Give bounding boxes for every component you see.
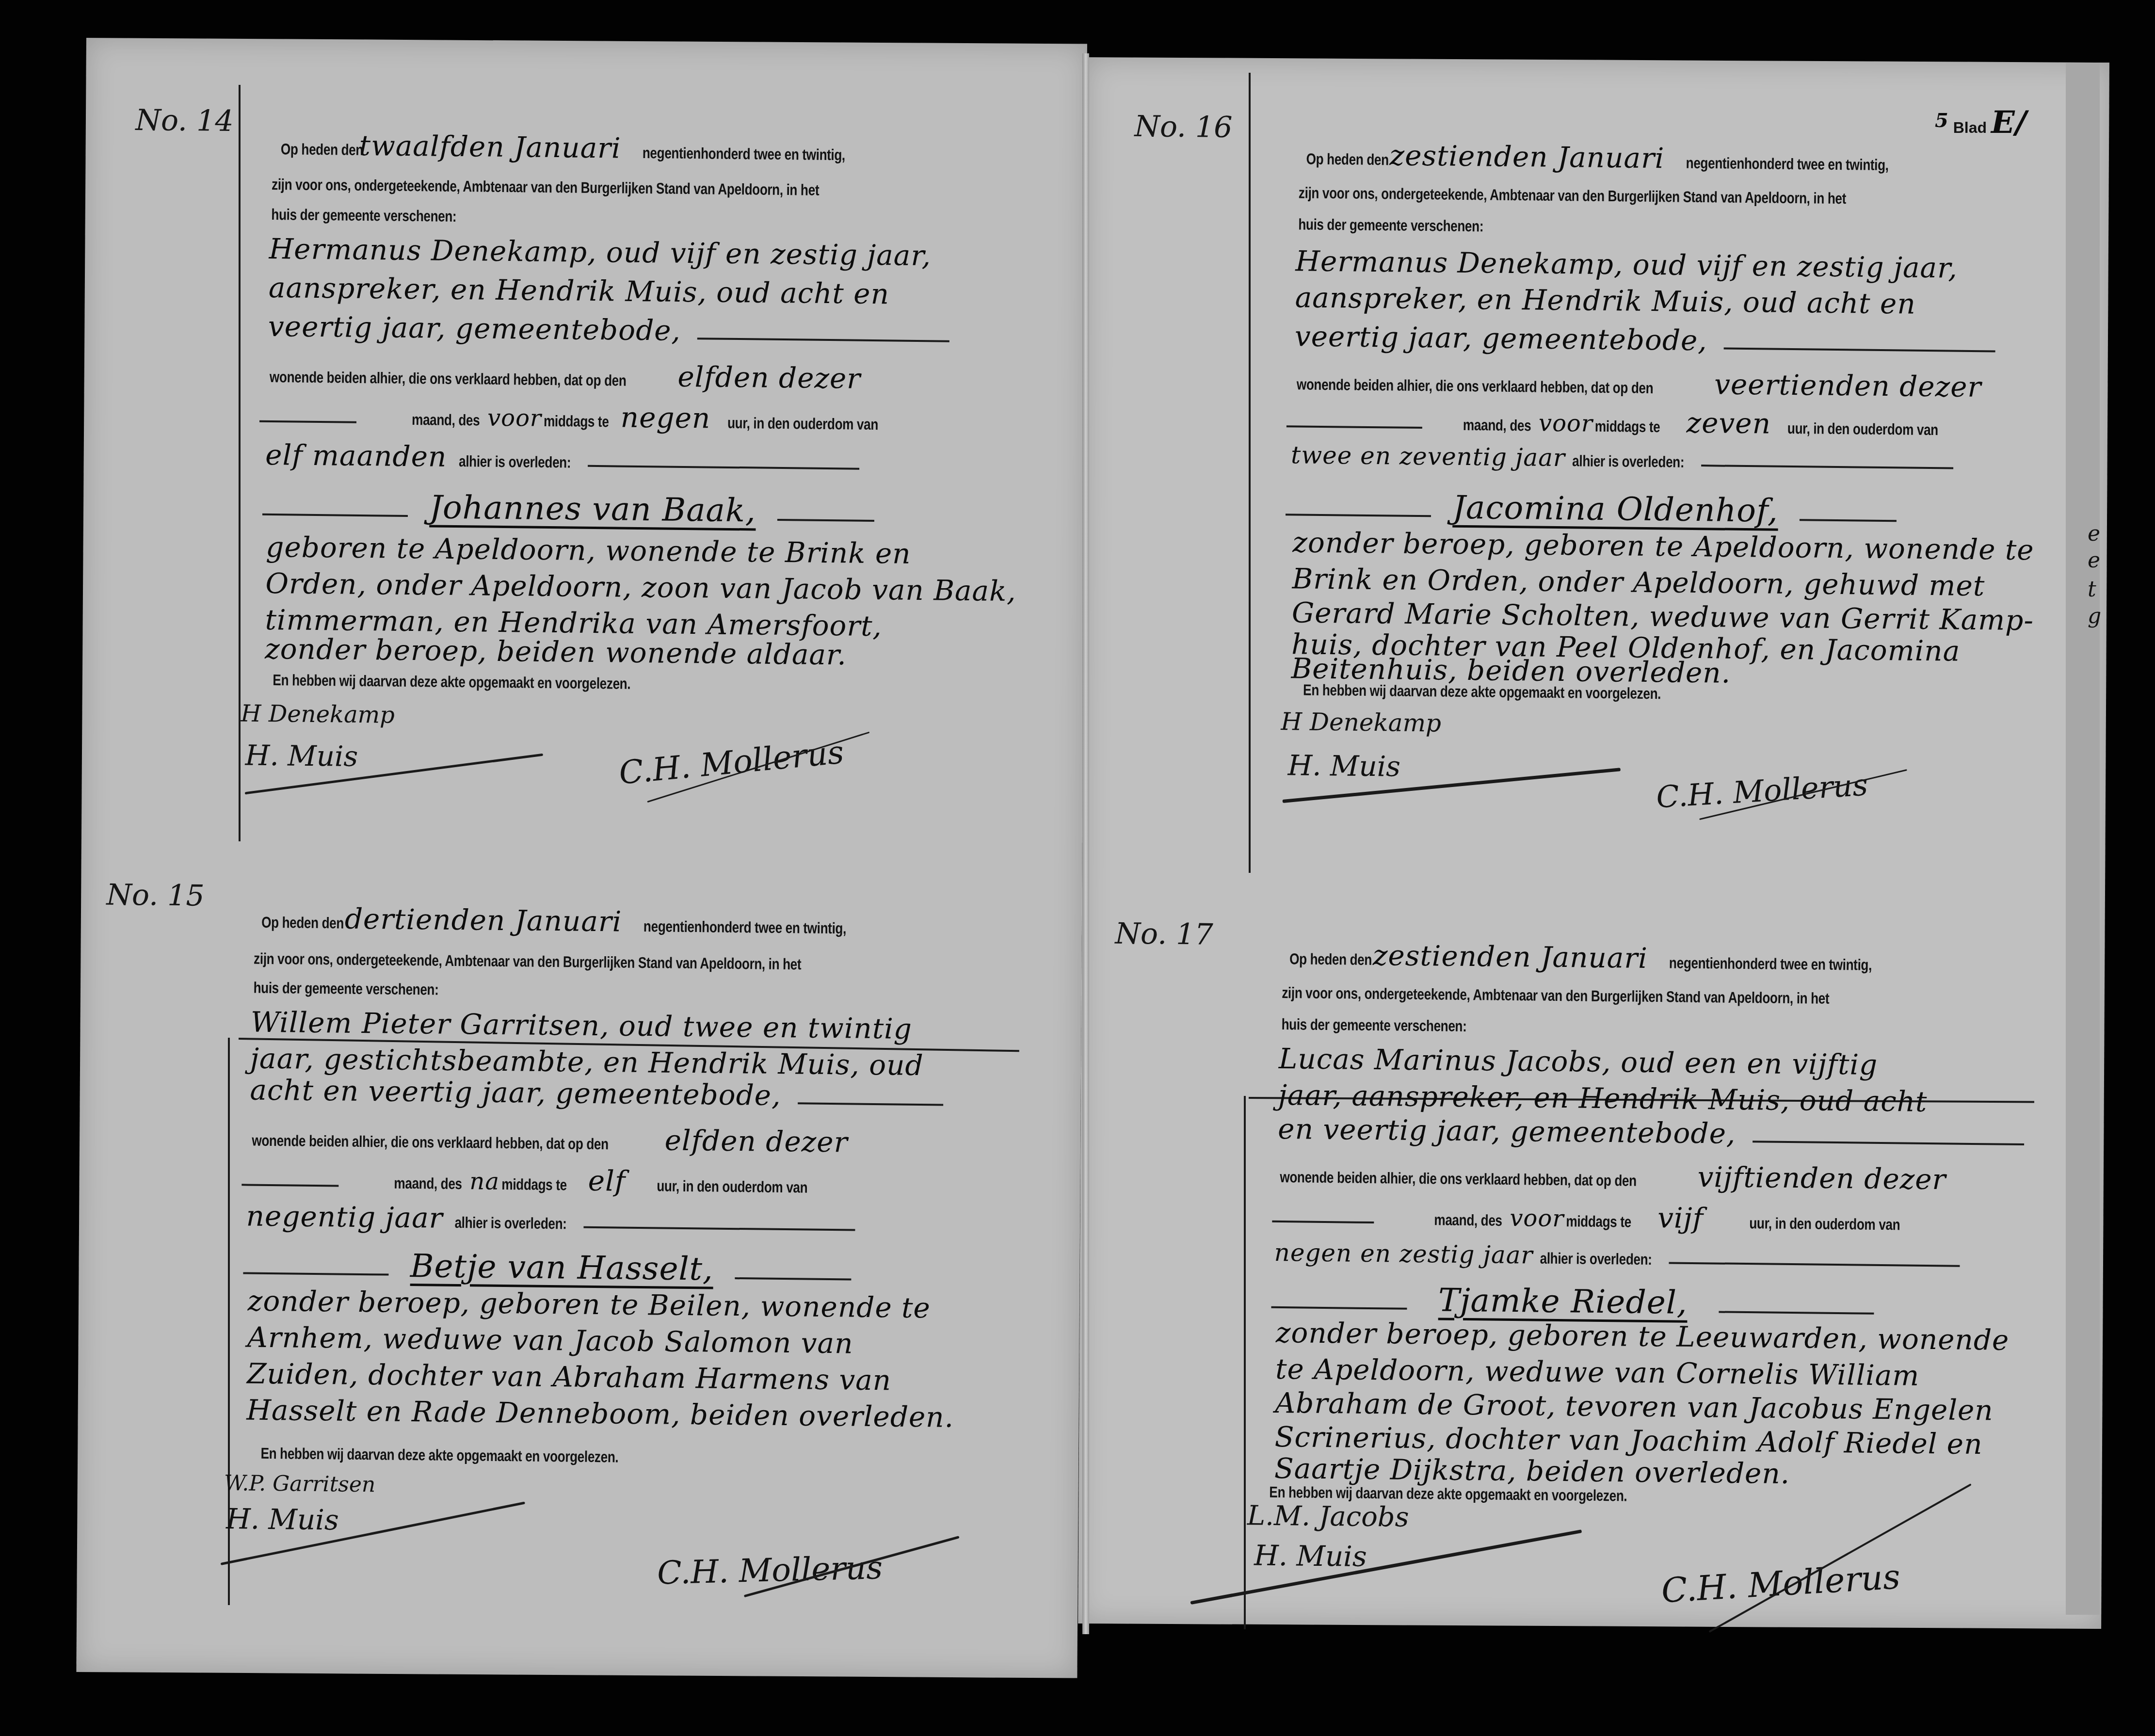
record-14: No. 14 Op heden den twaalfden Januari ne… <box>80 97 1057 835</box>
handwritten-witness-line: aanspreker, en Hendrik Muis, oud acht en <box>269 271 890 310</box>
printed-text: uur, in den ouderdom van <box>1787 419 1938 439</box>
handwritten-death-day: elfden dezer <box>664 1124 848 1159</box>
signature-witness-1: L.M. Jacobs <box>1247 1500 1409 1533</box>
handwritten-witness-line: jaar, aanspreker, en Hendrik Muis, oud a… <box>1278 1078 1928 1118</box>
form-line-age: twee en zeventig jaar alhier is overlede… <box>1291 441 1954 476</box>
handwritten-detail-line: te Apeldoorn, weduwe van Cornelis Willia… <box>1275 1352 1920 1392</box>
page-edge-strip <box>2066 63 2100 1615</box>
form-line-wonende: wonende beiden alhier, die ons verklaard… <box>1280 1156 1946 1196</box>
form-line-2: zijn voor ons, ondergeteekende, Ambtenaa… <box>1282 984 1949 1009</box>
form-line-maand: maand, des voor middags te negen uur, in… <box>259 397 911 437</box>
printed-text: uur, in den ouderdom van <box>1749 1214 1900 1234</box>
signature-witness-1: H Denekamp <box>1281 707 1441 737</box>
handwritten-detail-line: Hasselt en Rade Denneboom, beiden overle… <box>246 1394 954 1434</box>
signature-witness-1: H Denekamp <box>241 700 395 728</box>
printed-text: maand, des <box>1434 1211 1503 1229</box>
blank-rule <box>1272 1221 1374 1223</box>
printed-text: huis der gemeente verschenen: <box>1298 215 1483 235</box>
printed-text: Op heden den <box>1289 950 1372 969</box>
signature-flourish <box>1190 1529 1582 1605</box>
blank-rule <box>241 1184 338 1187</box>
handwritten-voor-na: na <box>469 1168 499 1195</box>
record-17: No. 17 Op heden den zestienden Januari n… <box>1088 912 2066 1649</box>
signature-witness-2: H. Muis <box>1287 749 1400 783</box>
form-line-age: negentig jaar alhier is overleden: <box>246 1199 855 1238</box>
handwritten-detail-line: Orden, onder Apeldoorn, zoon van Jacob v… <box>265 567 1016 608</box>
form-line-2: zijn voor ons, ondergeteekende, Ambtenaa… <box>1299 184 1966 209</box>
closing-line: En hebben wij daarvan deze akte opgemaak… <box>273 671 709 693</box>
handwritten-detail-line: zonder beroep, geboren te Beilen, wonend… <box>247 1285 931 1325</box>
handwritten-date: zestienden Januari <box>1373 939 1648 975</box>
record-number: No. 14 <box>135 103 234 138</box>
blank-rule <box>798 1102 943 1106</box>
printed-text: wonende beiden alhier, die ons verklaard… <box>1297 375 1654 397</box>
printed-text: negentienhonderd twee en twintig, <box>1686 154 1889 174</box>
witness-line-3: en veertig jaar, gemeentebode, <box>1278 1112 2024 1153</box>
printed-text: Op heden den <box>261 914 344 932</box>
handwritten-witness-line: en veertig jaar, gemeentebode, <box>1278 1112 1736 1150</box>
edge-margin-note: e <box>2088 521 2100 546</box>
handwritten-death-day: vijftienden dezer <box>1697 1160 1946 1196</box>
blank-rule <box>1719 1311 1874 1314</box>
handwritten-detail-line: geboren te Apeldoorn, wonende te Brink e… <box>266 530 911 570</box>
printed-text: alhier is overleden: <box>459 452 571 471</box>
blank-rule <box>584 1226 855 1231</box>
handwritten-deceased-name: Johannes van Baak, <box>429 488 756 529</box>
handwritten-deceased-name: Jacomina Oldenhof, <box>1452 489 1778 530</box>
blank-rule <box>259 420 356 423</box>
blank-rule <box>1271 1306 1407 1310</box>
signature-registrar: C.H. Mollerus <box>617 733 845 791</box>
printed-text: En hebben wij daarvan deze akte opgemaak… <box>260 1445 618 1466</box>
printed-text: negentienhonderd twee en twintig, <box>643 917 846 937</box>
printed-text: middags te <box>544 412 609 431</box>
blank-rule <box>1669 1262 1960 1267</box>
record-16: No. 16 Op heden den zestienden Januari n… <box>1088 97 2066 835</box>
form-line-wonende: wonende beiden alhier, die ons verklaard… <box>252 1120 848 1159</box>
record-number: No. 15 <box>106 878 205 913</box>
printed-text: zijn voor ons, ondergeteekende, Ambtenaa… <box>272 176 819 199</box>
closing-line: En hebben wij daarvan deze akte opgemaak… <box>260 1445 697 1467</box>
handwritten-age: negentig jaar <box>246 1199 443 1234</box>
blank-rule <box>735 1277 851 1281</box>
handwritten-detail-line: zonder beroep, geboren te Leeuwarden, wo… <box>1276 1316 2010 1357</box>
blank-rule <box>262 514 408 517</box>
handwritten-detail-line: Zuiden, dochter van Abraham Harmens van <box>247 1357 891 1397</box>
form-line-date: Op heden den zestienden Januari negentie… <box>1289 938 1916 978</box>
handwritten-age: negen en zestig jaar <box>1274 1238 1533 1270</box>
handwritten-voor-na: voor <box>1539 410 1593 437</box>
printed-text: huis der gemeente verschenen: <box>253 979 438 999</box>
handwritten-witness-line: aanspreker, en Hendrik Muis, oud acht en <box>1295 281 1916 320</box>
witness-line-3: veertig jaar, gemeentebode, <box>268 310 950 350</box>
blank-rule <box>1286 514 1431 517</box>
printed-text: zijn voor ons, ondergeteekende, Ambtenaa… <box>1282 984 1829 1008</box>
deceased-line: Johannes van Baak, <box>262 487 875 530</box>
handwritten-witness-line: acht en veertig jaar, gemeentebode, <box>250 1074 781 1112</box>
form-line-2: zijn voor ons, ondergeteekende, Ambtenaa… <box>272 176 939 200</box>
form-line-3: huis der gemeente verschenen: <box>271 206 497 226</box>
printed-text: wonende beiden alhier, die ons verklaard… <box>1280 1168 1637 1190</box>
handwritten-detail-line: Abraham de Groot, tevoren van Jacobus En… <box>1275 1386 1994 1427</box>
signature-witness-2: H. Muis <box>245 739 358 772</box>
printed-text: huis der gemeente verschenen: <box>271 206 456 225</box>
printed-text: alhier is overleden: <box>455 1214 567 1233</box>
form-line-wonende: wonende beiden alhier, die ons verklaard… <box>270 356 861 395</box>
printed-text: middags te <box>501 1175 567 1194</box>
printed-text: Op heden den <box>281 140 363 159</box>
signature-registrar: C.H. Mollerus <box>657 1549 883 1591</box>
signature-registrar: C.H. Mollerus <box>1655 767 1869 815</box>
form-line-maand: maand, des voor middags te vijf uur, in … <box>1272 1197 1933 1237</box>
book-spine <box>1082 53 1089 1634</box>
handwritten-detail-line: Brink en Orden, onder Apeldoorn, gehuwd … <box>1292 562 1985 602</box>
handwritten-date: twaalfden Januari <box>359 129 621 165</box>
handwritten-witness-line: veertig jaar, gemeentebode, <box>1295 320 1708 357</box>
blank-rule <box>697 338 949 342</box>
printed-text: maand, des <box>1463 416 1531 434</box>
handwritten-witness-line: Willem Pieter Garritsen, oud twee en twi… <box>250 1006 912 1045</box>
form-line-date: Op heden den dertienden Januari negentie… <box>261 901 891 941</box>
handwritten-hour: negen <box>620 401 710 435</box>
record-number: No. 16 <box>1134 110 1233 145</box>
blank-rule <box>1800 519 1897 522</box>
printed-text: negentienhonderd twee en twintig, <box>643 144 845 164</box>
signature-witness-2: H. Muis <box>1254 1539 1367 1573</box>
blank-rule <box>243 1272 388 1275</box>
handwritten-date: dertienden Januari <box>345 902 622 938</box>
handwritten-death-day: elfden dezer <box>677 360 861 395</box>
handwritten-witness-line: Hermanus Denekamp, oud vijf en zestig ja… <box>1295 244 1958 284</box>
signature-registrar: C.H. Mollerus <box>1660 1557 1901 1610</box>
blank-rule <box>1701 465 1953 469</box>
handwritten-death-day: veertienden dezer <box>1714 368 1982 403</box>
printed-text: huis der gemeente verschenen: <box>1281 1015 1466 1035</box>
handwritten-hour: zeven <box>1686 406 1771 440</box>
printed-text: uur, in den ouderdom van <box>657 1177 807 1196</box>
handwritten-witness-line: Lucas Marinus Jacobs, oud een en vijftig <box>1278 1042 1878 1081</box>
printed-text: wonende beiden alhier, die ons verklaard… <box>270 368 627 390</box>
blank-rule <box>1724 347 1995 352</box>
form-line-age: elf maanden alhier is overleden: <box>265 438 859 478</box>
printed-text: middags te <box>1595 418 1660 436</box>
blank-rule <box>777 519 874 522</box>
signature-flourish <box>1709 1483 1972 1633</box>
handwritten-age: elf maanden <box>265 438 447 473</box>
signature-witness-2: H. Muis <box>226 1502 339 1536</box>
handwritten-detail-line: zonder beroep, beiden wonende aldaar. <box>265 632 847 672</box>
handwritten-detail-line: Arnhem, weduwe van Jacob Salomon van <box>247 1321 853 1360</box>
form-line-3: huis der gemeente verschenen: <box>1281 1015 1507 1036</box>
deceased-line: Betje van Hasselt, <box>243 1245 852 1289</box>
form-line-age: negen en zestig jaar alhier is overleden… <box>1274 1238 1960 1274</box>
edge-margin-note: g <box>2088 604 2101 628</box>
printed-text: Op heden den <box>1306 150 1388 169</box>
handwritten-detail-line: zonder beroep, geboren te Apeldoorn, won… <box>1292 526 2034 566</box>
handwritten-deceased-name: Tjamke Riedel, <box>1438 1281 1688 1321</box>
signature-witness-1: W.P. Garritsen <box>224 1471 376 1497</box>
handwritten-hour: vijf <box>1657 1201 1704 1235</box>
edge-margin-note: e <box>2088 548 2100 573</box>
form-line-2: zijn voor ons, ondergeteekende, Ambtenaa… <box>254 950 921 975</box>
blank-rule <box>588 465 859 470</box>
printed-text: zijn voor ons, ondergeteekende, Ambtenaa… <box>254 950 801 974</box>
printed-text: maand, des <box>412 411 480 429</box>
blank-rule <box>1753 1141 2024 1145</box>
record-number: No. 17 <box>1115 916 1213 951</box>
record-15: No. 15 Op heden den dertienden Januari n… <box>80 875 1057 1613</box>
printed-text: middags te <box>1566 1212 1631 1231</box>
edge-margin-note: t <box>2088 577 2096 602</box>
form-line-3: huis der gemeente verschenen: <box>1298 215 1524 236</box>
witness-line-3: veertig jaar, gemeentebode, <box>1295 320 1996 360</box>
deceased-line: Jacomina Oldenhof, <box>1286 487 1897 530</box>
handwritten-deceased-name: Betje van Hasselt, <box>410 1247 714 1288</box>
form-line-3: huis der gemeente verschenen: <box>253 979 479 999</box>
handwritten-voor-na: voor <box>1510 1205 1564 1232</box>
form-line-maand: maand, des na middags te elf uur, in den… <box>241 1160 841 1200</box>
printed-text: alhier is overleden: <box>1540 1250 1652 1269</box>
form-line-date: Op heden den zestienden Januari negentie… <box>1306 138 1933 178</box>
printed-text: alhier is overleden: <box>1572 452 1684 471</box>
blank-rule <box>1287 425 1422 429</box>
handwritten-voor-na: voor <box>487 404 542 432</box>
handwritten-hour: elf <box>588 1164 626 1198</box>
printed-text: uur, in den ouderdom van <box>727 414 878 434</box>
printed-text: negentienhonderd twee en twintig, <box>1669 954 1872 974</box>
printed-text: maand, des <box>394 1174 463 1193</box>
handwritten-age: twee en zeventig jaar <box>1291 441 1565 472</box>
handwritten-date: zestienden Januari <box>1389 139 1665 175</box>
handwritten-witness-line: veertig jaar, gemeentebode, <box>268 310 681 347</box>
printed-text: En hebben wij daarvan deze akte opgemaak… <box>273 671 630 693</box>
form-line-date: Op heden den twaalfden Januari negentien… <box>281 128 890 167</box>
form-line-wonende: wonende beiden alhier, die ons verklaard… <box>1297 363 1982 403</box>
witness-line-3: acht en veertig jaar, gemeentebode, <box>250 1074 943 1114</box>
printed-text: zijn voor ons, ondergeteekende, Ambtenaa… <box>1299 184 1846 208</box>
printed-text: En hebben wij daarvan deze akte opgemaak… <box>1303 681 1661 703</box>
handwritten-witness-line: Hermanus Denekamp, oud vijf en zestig ja… <box>269 232 931 272</box>
printed-text: wonende beiden alhier, die ons verklaard… <box>252 1132 609 1154</box>
form-line-maand: maand, des voor middags te zeven uur, in… <box>1287 402 1972 442</box>
